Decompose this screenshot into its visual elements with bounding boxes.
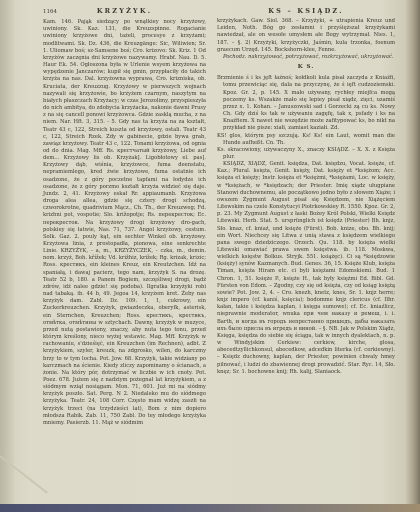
dictionary-entry-ks-interjection: KS! glos, którym psy szczują. Ks! Ks! ei…	[217, 133, 395, 147]
left-column-text: Kam. 146. Pająk siedzący po wnątkiey noc…	[43, 19, 206, 427]
entry-continuation: krzyżykach. Gaw. Siol. 368. – Krzyżyki, …	[217, 18, 395, 54]
page-number: 1164	[43, 9, 57, 16]
right-column: KS – KSIĄDZ. krzyżykach. Gaw. Siol. 368.…	[217, 8, 395, 376]
dictionary-entry-ks-pronunciation: Brzmienie ś i ks jęft łaźnoś; kołdkoli k…	[217, 75, 395, 132]
dictionary-entry-ks-abbreviation: Ks. skracowiony, używaczyny X., znaczy K…	[217, 147, 395, 161]
right-running-header: KS – KSIĄDZ.	[217, 8, 395, 15]
section-heading: K S.	[217, 64, 395, 71]
right-header-title: KS – KSIĄDZ.	[217, 8, 395, 15]
left-column: 1164 KRZYŻYK. 0000 Kam. 146. Pająk siedz…	[43, 8, 206, 427]
derivatives-note: Pochodz. nakrzyżować, potrzyżować, rozkr…	[217, 54, 395, 61]
left-header-title: KRZYŻYK.	[57, 8, 192, 15]
left-running-header: 1164 KRZYŻYK. 0000	[43, 8, 206, 16]
scanned-page: 1164 KRZYŻYK. 0000 Kam. 146. Pająk siedz…	[0, 0, 420, 504]
dictionary-entry-ksiadz: KSIĄDZ, XIĄDZ, Genit. księdza, Dat. księ…	[217, 161, 395, 376]
gutter-shadow	[0, 0, 14, 504]
scan-bottom-edge	[0, 504, 420, 512]
